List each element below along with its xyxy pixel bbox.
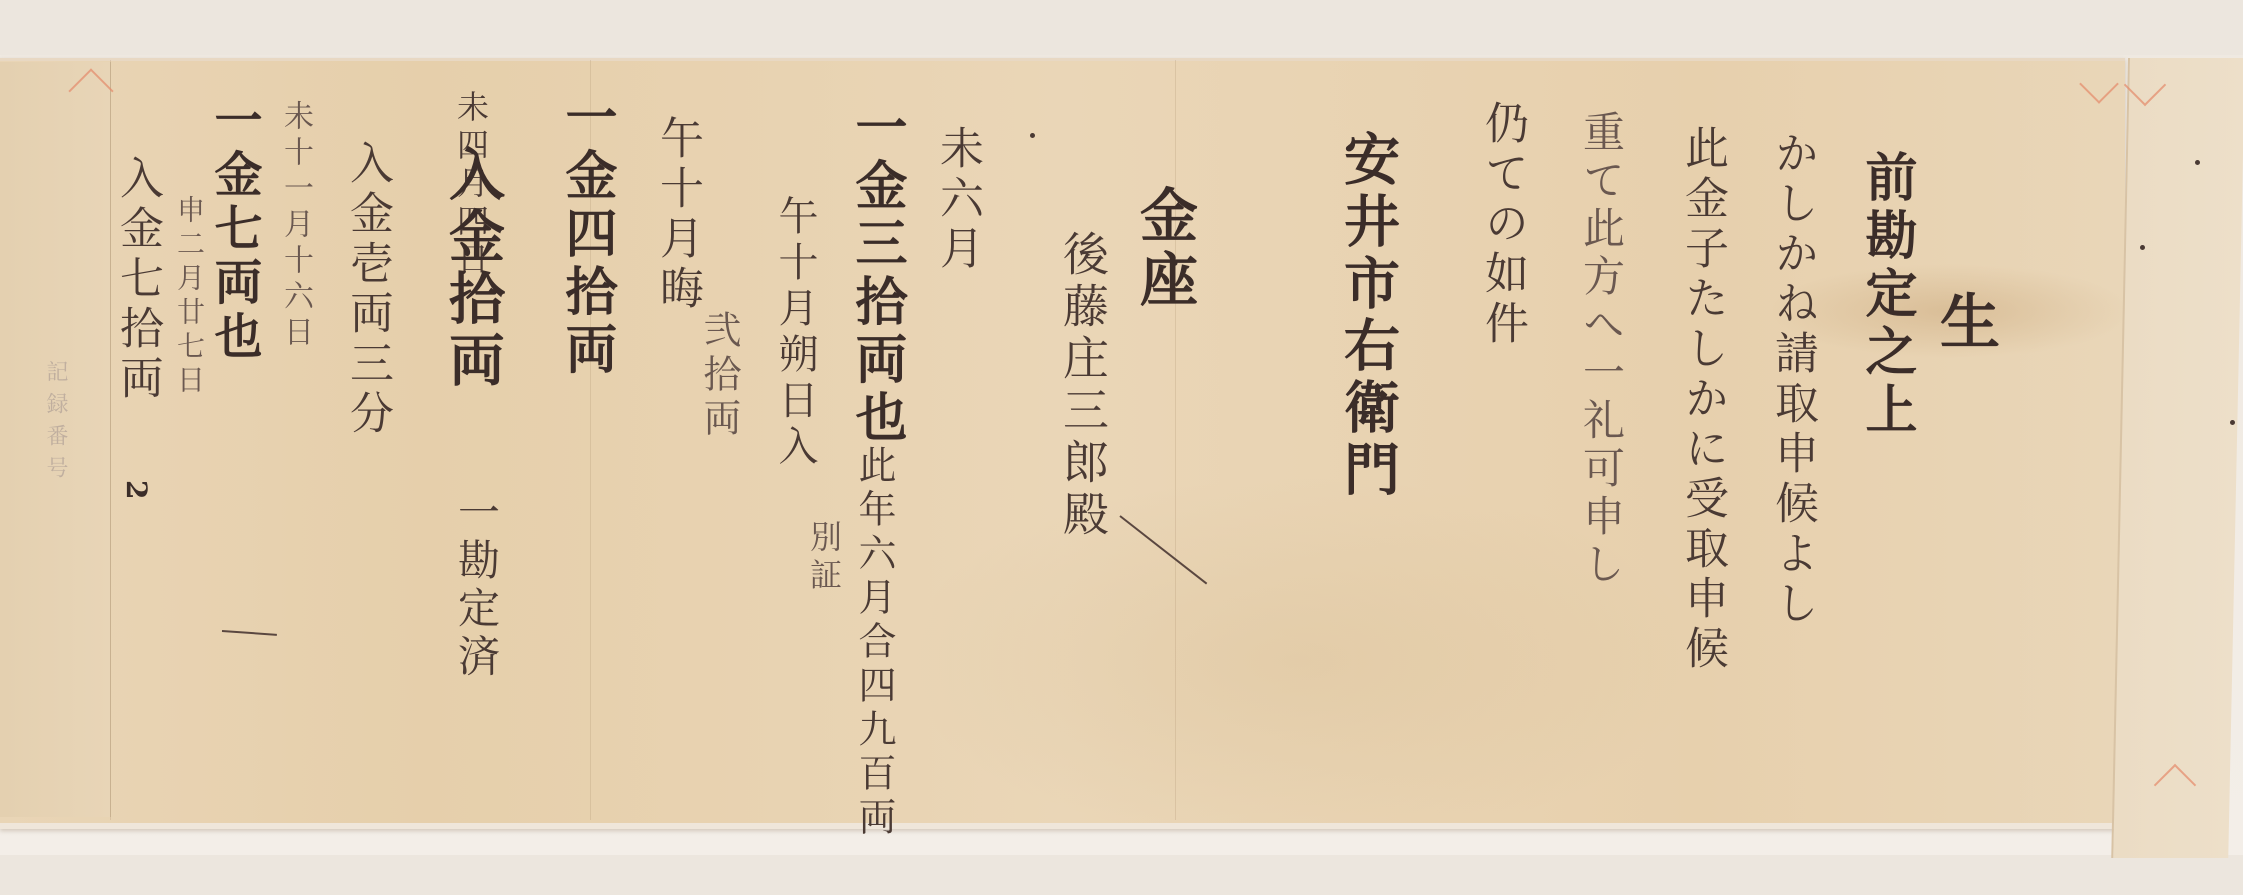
entry-date: 午十月晦	[655, 115, 699, 315]
fold-line	[110, 60, 111, 820]
page-number: 2	[122, 480, 150, 505]
text-column: 此金子たしかに受取申候	[1680, 125, 1724, 675]
sender-name: 安井市右衛門	[1340, 130, 1396, 502]
settlement-note: 一勘定済	[455, 490, 497, 682]
text-column: 重て此方へ一礼可申し	[1580, 110, 1622, 590]
entry-amount: 一金七両也	[210, 95, 258, 365]
dated-note-annotation: 別証	[808, 520, 840, 596]
fold-line	[1175, 60, 1176, 820]
text-column: かしかね請取申候よし	[1770, 130, 1814, 630]
entry-amount: 入金拾両	[445, 145, 501, 393]
text-column: 仍ての如件	[1480, 100, 1524, 350]
entry-date: 未六月	[935, 125, 979, 275]
dated-note: 此年六月合四九百両	[855, 445, 893, 841]
faint-stamp-text: 記録番号	[40, 360, 71, 488]
adjacent-sheet	[2111, 58, 2243, 858]
entry-date: 午十月朔日入	[775, 195, 815, 471]
entry-amount: 入金七拾両	[115, 155, 159, 405]
ink-spot	[1030, 133, 1035, 138]
entry-amount: 一金四拾両	[560, 90, 612, 380]
recipient-name: 後藤庄三郎殿	[1060, 230, 1106, 542]
entry-date: 申二月廿七日	[175, 195, 203, 399]
ink-spot	[2230, 420, 2235, 425]
entry-amount: 入金壱両三分	[345, 140, 389, 440]
ink-spot	[2140, 245, 2145, 250]
ink-spot	[2195, 160, 2200, 165]
entry-date: 未十一月十六日	[280, 100, 310, 352]
entry-amount: 一金三拾両也	[850, 100, 902, 448]
entry-amount: 弐拾両	[700, 310, 738, 442]
heading-character: 生	[1935, 290, 1995, 356]
text-column: 前勘定之上	[1860, 150, 1912, 440]
recipient-office: 金座	[1135, 185, 1193, 313]
